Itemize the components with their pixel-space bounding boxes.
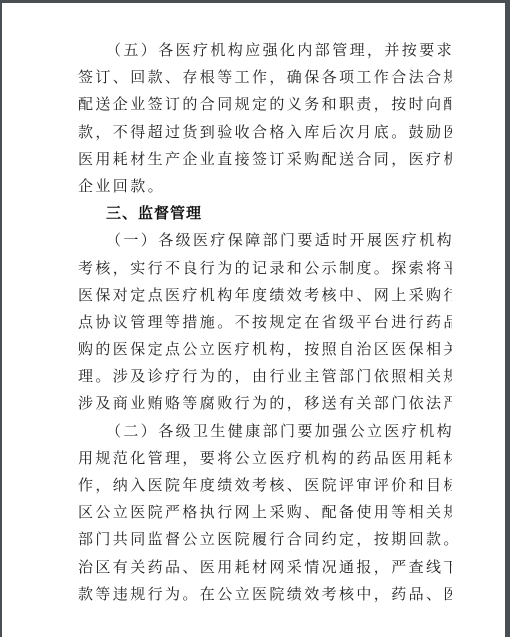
text-line: 考核，实行不良行为的记录和公示制度。探索将平台采购率纳入 xyxy=(78,255,452,282)
text-line: 企业回款。 xyxy=(78,173,452,200)
text-line: 签订、回款、存根等工作，确保各项工作合法合规。严格履行与 xyxy=(78,64,452,91)
paragraph-2-health-departments: （二）各级卫生健康部门要加强公立医疗机构采购行为和使 用规范化管理，要将公立医疗… xyxy=(78,418,452,608)
text-line: 治区有关药品、医用耗材网采情况通报，严查线下采购、拖欠货 xyxy=(78,554,452,581)
text-line: 作，纳入医院年度绩效考核、医院评审评价和目标管理。要求辖 xyxy=(78,472,452,499)
text-line: 款，不得超过货到验收合格入库后次月底。鼓励医疗机构与药品、 xyxy=(78,119,452,146)
text-line: 涉及商业贿赂等腐败行为的，移送有关部门依法严肃查处。 xyxy=(78,390,452,417)
text-line: 医保对定点医疗机构年度绩效考核中、网上采购行为纳入医保定 xyxy=(78,282,452,309)
section-heading: 三、监督管理 xyxy=(78,200,452,227)
text-line: 医用耗材生产企业直接签订采购配送合同，医疗机构直接向生产 xyxy=(78,146,452,173)
text-line: 点协议管理等措施。不按规定在省级平台进行药品、医用耗材采 xyxy=(78,309,452,336)
text-line: （一）各级医疗保障部门要适时开展医疗机构网上交易情况 xyxy=(78,227,452,254)
paragraph-5-internal-management: （五）各医疗机构应强化内部管理，并按要求做好相关合同 签订、回款、存根等工作，确… xyxy=(78,37,452,200)
text-line: 用规范化管理，要将公立医疗机构的药品医用耗材阳光采购工 xyxy=(78,445,452,472)
text-line: 款等违规行为。在公立医院绩效考核中，药品、医用耗材网上采 xyxy=(78,581,452,608)
text-line: （五）各医疗机构应强化内部管理，并按要求做好相关合同 xyxy=(78,37,452,64)
page-content: （五）各医疗机构应强化内部管理，并按要求做好相关合同 签订、回款、存根等工作，确… xyxy=(78,37,452,608)
text-line: 理。涉及诊疗行为的，由行业主管部门依照相关规定进行处理， xyxy=(78,363,452,390)
document-page: （五）各医疗机构应强化内部管理，并按要求做好相关合同 签订、回款、存根等工作，确… xyxy=(2,3,505,637)
text-line: 购的医保定点公立医疗机构，按照自治区医保相关规定给予处 xyxy=(78,336,452,363)
text-line: （二）各级卫生健康部门要加强公立医疗机构采购行为和使 xyxy=(78,418,452,445)
text-line: 部门共同监督公立医院履行合同约定，按期回款。同时，根据自 xyxy=(78,526,452,553)
document-viewer: （五）各医疗机构应强化内部管理，并按要求做好相关合同 签订、回款、存根等工作，确… xyxy=(0,0,510,637)
paragraph-1-medical-insurance: （一）各级医疗保障部门要适时开展医疗机构网上交易情况 考核，实行不良行为的记录和… xyxy=(78,227,452,417)
text-line: 区公立医院严格执行网上采购、配备使用等相关规定，会同医保 xyxy=(78,499,452,526)
text-line: 配送企业签订的合同规定的义务和职责，按时向配送企业结清货 xyxy=(78,91,452,118)
